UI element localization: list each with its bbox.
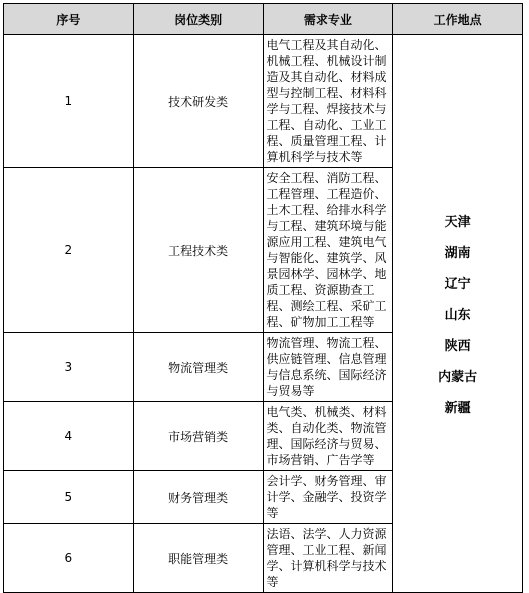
location-item: 天津 bbox=[445, 211, 471, 230]
row-no: 4 bbox=[4, 402, 134, 471]
header-location: 工作地点 bbox=[393, 4, 523, 35]
row-majors: 电气类、机械类、材料类、自动化类、物流管理、国际经济与贸易、市场营销、广告学等 bbox=[263, 402, 393, 471]
row-majors: 会计学、财务管理、审计学、金融学、投资学等 bbox=[263, 471, 393, 524]
row-no: 3 bbox=[4, 333, 134, 402]
row-majors: 法语、法学、人力资源管理、工业工程、新闻学、计算机科学与技术等 bbox=[263, 524, 393, 593]
table-body: 1 技术研发类 电气工程及其自动化、机械工程、机械设计制造及其自动化、材料成型与… bbox=[4, 35, 523, 593]
header-row: 序号 岗位类别 需求专业 工作地点 bbox=[4, 4, 523, 35]
header-category: 岗位类别 bbox=[133, 4, 263, 35]
row-category: 职能管理类 bbox=[133, 524, 263, 593]
header-no: 序号 bbox=[4, 4, 134, 35]
row-category: 物流管理类 bbox=[133, 333, 263, 402]
location-cell: 天津 湖南 辽宁 山东 陕西 内蒙古 新疆 bbox=[393, 35, 523, 593]
row-majors: 电气工程及其自动化、机械工程、机械设计制造及其自动化、材料成型与控制工程、材料科… bbox=[263, 35, 393, 168]
location-item: 山东 bbox=[445, 304, 471, 323]
header-majors: 需求专业 bbox=[263, 4, 393, 35]
row-category: 财务管理类 bbox=[133, 471, 263, 524]
location-item: 辽宁 bbox=[445, 273, 471, 292]
location-list: 天津 湖南 辽宁 山东 陕西 内蒙古 新疆 bbox=[396, 211, 519, 416]
row-category: 市场营销类 bbox=[133, 402, 263, 471]
recruitment-table: 序号 岗位类别 需求专业 工作地点 1 技术研发类 电气工程及其自动化、机械工程… bbox=[3, 3, 523, 593]
row-category: 技术研发类 bbox=[133, 35, 263, 168]
location-item: 陕西 bbox=[445, 335, 471, 354]
row-no: 2 bbox=[4, 168, 134, 333]
row-no: 1 bbox=[4, 35, 134, 168]
location-item: 湖南 bbox=[445, 242, 471, 261]
location-item: 内蒙古 bbox=[438, 366, 477, 385]
location-item: 新疆 bbox=[445, 397, 471, 416]
page: 序号 岗位类别 需求专业 工作地点 1 技术研发类 电气工程及其自动化、机械工程… bbox=[0, 0, 529, 341]
row-no: 6 bbox=[4, 524, 134, 593]
row-majors: 安全工程、消防工程、工程管理、工程造价、土木工程、给排水科学与工程、建筑环境与能… bbox=[263, 168, 393, 333]
row-category: 工程技术类 bbox=[133, 168, 263, 333]
table-header: 序号 岗位类别 需求专业 工作地点 bbox=[4, 4, 523, 35]
row-majors: 物流管理、物流工程、供应链管理、信息管理与信息系统、国际经济与贸易等 bbox=[263, 333, 393, 402]
table-row: 1 技术研发类 电气工程及其自动化、机械工程、机械设计制造及其自动化、材料成型与… bbox=[4, 35, 523, 168]
row-no: 5 bbox=[4, 471, 134, 524]
